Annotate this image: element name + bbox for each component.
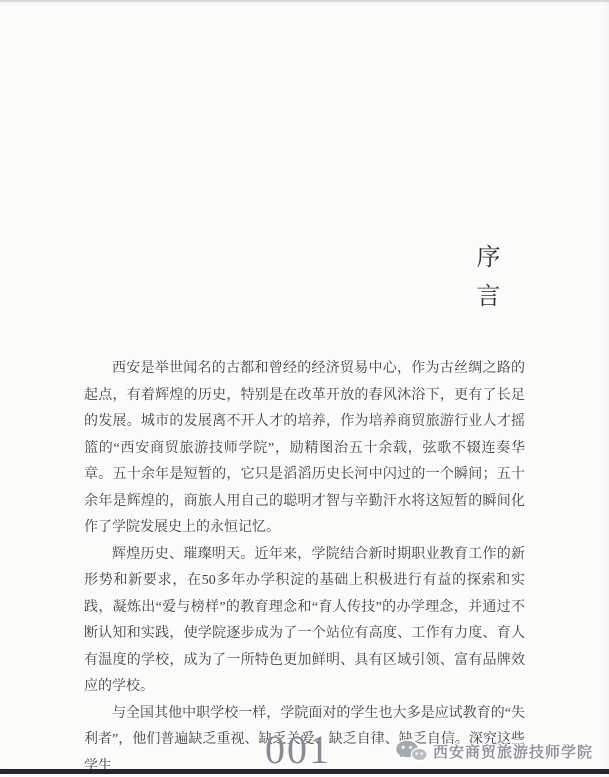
- preface-body: 西安是举世闻名的古都和曾经的经济贸易中心，作为古丝绸之路的起点，有着辉煌的历史，…: [84, 356, 525, 777]
- page-title: 序言: [468, 244, 503, 322]
- page-top-edge: [0, 0, 609, 2]
- page-bottom-rule: [0, 769, 609, 774]
- paragraph-1: 西安是举世闻名的古都和曾经的经济贸易中心，作为古丝绸之路的起点，有着辉煌的历史，…: [84, 356, 525, 542]
- watermark-text: 西安商贸旅游技师学院: [433, 741, 593, 762]
- wechat-icon: [394, 738, 428, 764]
- page-number: 001: [258, 726, 338, 773]
- book-preface-page: 序言 西安是举世闻名的古都和曾经的经济贸易中心，作为古丝绸之路的起点，有着辉煌的…: [0, 0, 609, 777]
- paragraph-2: 辉煌历史、璀璨明天。近年来，学院结合新时期职业教育工作的新形势和新要求，在50多…: [84, 542, 525, 701]
- publisher-watermark: 西安商贸旅游技师学院: [394, 738, 593, 764]
